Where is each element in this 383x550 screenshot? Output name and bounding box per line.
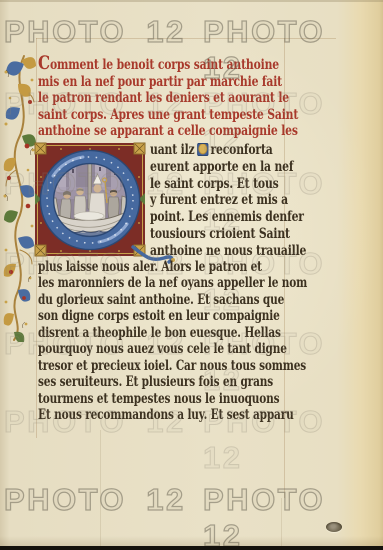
body-line: tousiours crioient Saint	[150, 226, 306, 243]
body-line: le saint corps. Et tous	[150, 176, 306, 193]
photo-top-edge	[0, 0, 383, 2]
crease-line	[100, 430, 101, 546]
watermark-row: PHOTO 12 PHOTO 12	[0, 14, 383, 48]
body-text-full-width: plus laisse nous aler. Alors le patron e…	[38, 259, 383, 424]
rubric-line: le patron rendant les deniers et aourant…	[38, 90, 298, 107]
acanthus-leaves	[4, 57, 36, 342]
body-first-line-right: reconforta	[211, 142, 273, 158]
ruling-line-horizontal	[36, 38, 336, 39]
parchment-bottom-shading	[0, 536, 383, 546]
rubric-line: saint corps. Apres une grant tempeste Sa…	[38, 107, 298, 124]
body-line: les maronniers de la nef oyans appeller …	[38, 275, 307, 291]
saint-body-shrouded	[74, 212, 104, 220]
worm-hole	[326, 522, 342, 532]
body-line: uant ilzreconforta	[150, 142, 306, 159]
rubric-line: Comment le benoit corps saint anthoine	[38, 55, 298, 74]
watermark: PHOTO 12	[4, 482, 186, 518]
rubric-line: mis en la nef pour partir par marchie fa…	[38, 74, 298, 91]
rubric-text: Comment le benoit corps saint anthoine m…	[38, 55, 363, 140]
body-first-line-left: uant ilz	[150, 142, 195, 158]
body-line: tresor et precieux ioiel. Car nous tous …	[38, 358, 307, 374]
body-line: ses seruiteurs. Et plusieurs fois en gra…	[38, 374, 307, 390]
body-line: tourmens et tempestes nous le inuoquons	[38, 391, 307, 407]
watermark-row: PHOTO 12 PHOTO 12	[0, 482, 383, 516]
photo-bottom-border	[0, 546, 383, 550]
body-line: anthoine ne nous trauaille	[150, 243, 306, 260]
manuscript-photo: Comment le benoit corps saint anthoine m…	[0, 0, 383, 550]
body-line: pourquoy nous auez vous cele le tant dig…	[38, 341, 307, 357]
body-line: son digne corps estoit en leur compaigni…	[38, 308, 307, 324]
body-line: Et nous recommandons a luy. Et sest appa…	[38, 407, 307, 423]
body-line: y furent entrez et mis a	[150, 192, 306, 209]
body-line: plus laisse nous aler. Alors le patron e…	[38, 259, 307, 275]
body-line: eurent apporte en la nef	[150, 159, 306, 176]
watermark: PHOTO 12	[4, 14, 186, 50]
body-text-beside-initial: uant ilzreconforta eurent apporte en la …	[150, 142, 345, 260]
gold-line-filler	[197, 143, 208, 156]
rubric-line: anthoine se apparant a celle compaignie …	[38, 123, 298, 140]
body-line: disrent a theophile le bon euesque. Hell…	[38, 325, 307, 341]
historiated-initial-q	[33, 141, 147, 263]
body-line: du glorieux saint anthoine. Et sachans q…	[38, 292, 307, 308]
body-line: point. Les ennemis denfer	[150, 209, 306, 226]
